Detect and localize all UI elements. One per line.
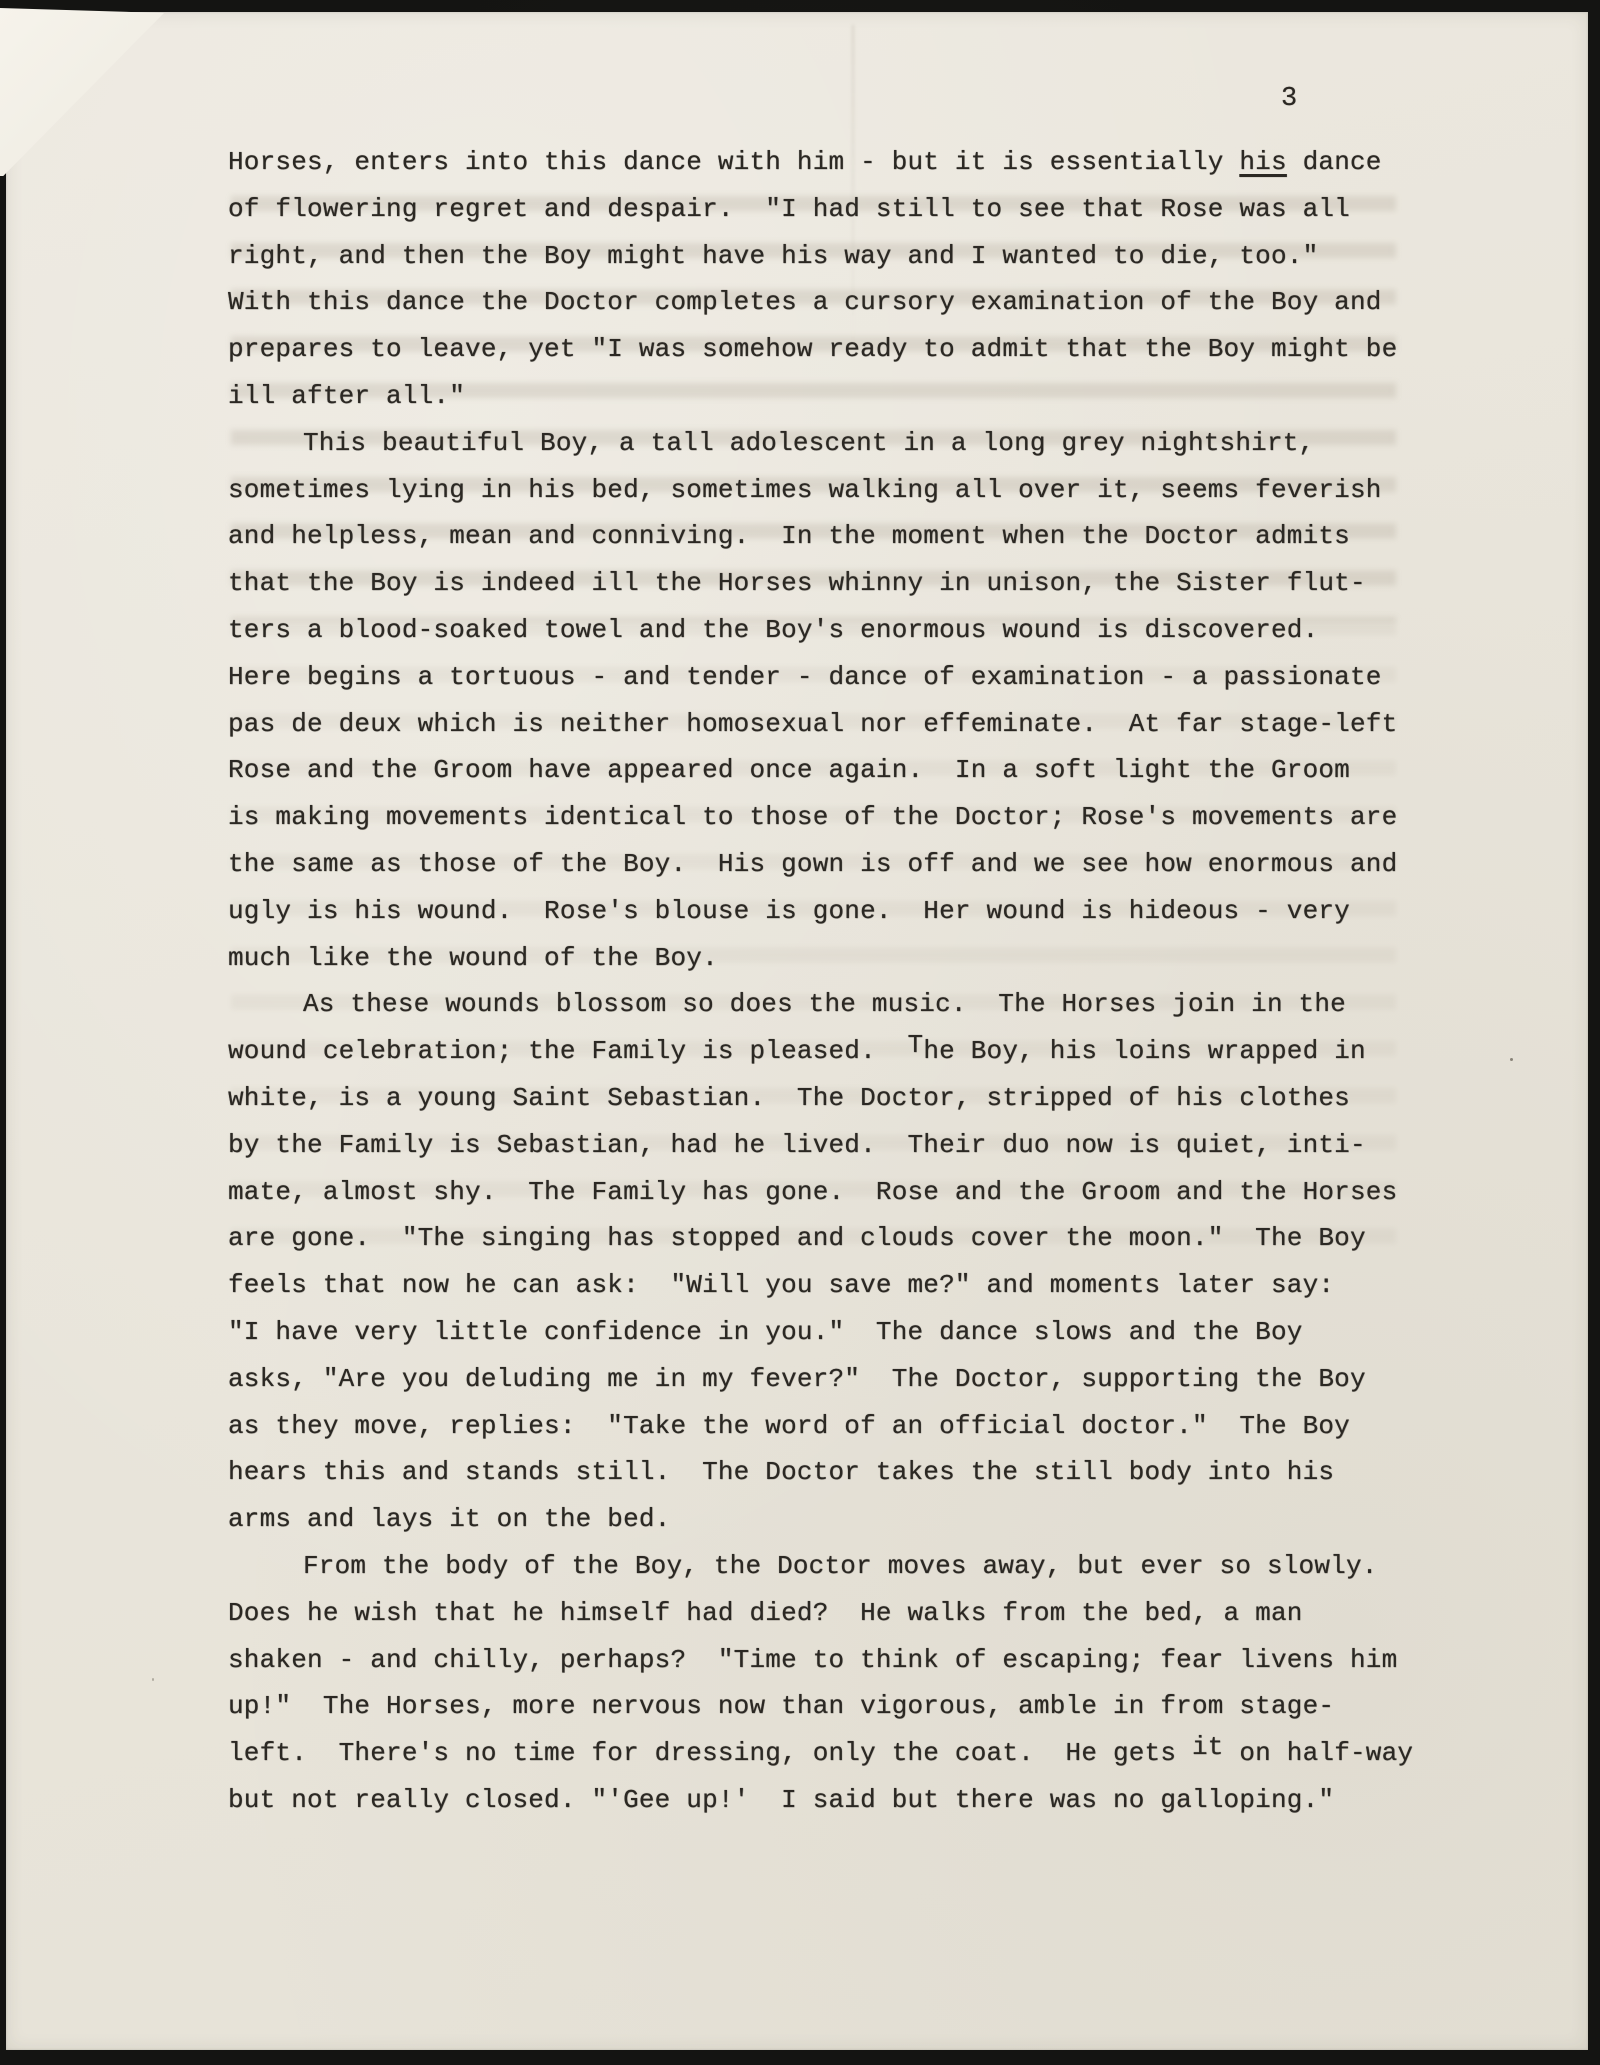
typed-line: left. There's no time for dressing, only… — [228, 1730, 1448, 1777]
ink-speck — [1510, 1058, 1513, 1061]
typed-line: ugly is his wound. Rose's blouse is gone… — [228, 888, 1448, 935]
raised-type: it — [1192, 1732, 1224, 1762]
typed-line: ill after all." — [228, 373, 1448, 420]
typed-line: and helpless, mean and conniving. In the… — [228, 513, 1448, 560]
raised-type: T — [908, 1030, 924, 1060]
typed-line: "I have very little confidence in you." … — [228, 1309, 1448, 1356]
typed-line: pas de deux which is neither homosexual … — [228, 701, 1448, 748]
typed-line: This beautiful Boy, a tall adolescent in… — [228, 420, 1448, 467]
typed-line: asks, "Are you deluding me in my fever?"… — [228, 1356, 1448, 1403]
ink-speck — [152, 1678, 154, 1681]
typed-line: by the Family is Sebastian, had he lived… — [228, 1122, 1448, 1169]
typed-line: As these wounds blossom so does the musi… — [228, 981, 1448, 1028]
typed-line: shaken - and chilly, perhaps? "Time to t… — [228, 1637, 1448, 1684]
underlined-word: his — [1239, 147, 1286, 177]
typed-line: With this dance the Doctor completes a c… — [228, 279, 1448, 326]
typed-line: are gone. "The singing has stopped and c… — [228, 1215, 1448, 1262]
typed-line: right, and then the Boy might have his w… — [228, 233, 1448, 280]
typed-text: Horses, enters into this dance with him … — [228, 139, 1448, 1824]
typed-line: that the Boy is indeed ill the Horses wh… — [228, 560, 1448, 607]
typed-line: From the body of the Boy, the Doctor mov… — [228, 1543, 1448, 1590]
typed-line: Rose and the Groom have appeared once ag… — [228, 747, 1448, 794]
page-number: 3 — [1281, 84, 1297, 114]
typed-line: wound celebration; the Family is pleased… — [228, 1028, 1448, 1075]
typed-line: ters a blood-soaked towel and the Boy's … — [228, 607, 1448, 654]
typed-line: of flowering regret and despair. "I had … — [228, 186, 1448, 233]
photo-backdrop: 3 Horses, enters into this dance with hi… — [0, 0, 1600, 2065]
typed-line: feels that now he can ask: "Will you sav… — [228, 1262, 1448, 1309]
typed-line: much like the wound of the Boy. — [228, 935, 1448, 982]
typed-line: the same as those of the Boy. His gown i… — [228, 841, 1448, 888]
typed-line: as they move, replies: "Take the word of… — [228, 1403, 1448, 1450]
typed-line: sometimes lying in his bed, sometimes wa… — [228, 467, 1448, 514]
typed-line: Does he wish that he himself had died? H… — [228, 1590, 1448, 1637]
typed-line: is making movements identical to those o… — [228, 794, 1448, 841]
typed-line: arms and lays it on the bed. — [228, 1496, 1448, 1543]
typed-line: mate, almost shy. The Family has gone. R… — [228, 1169, 1448, 1216]
typed-line: but not really closed. "'Gee up!' I said… — [228, 1777, 1448, 1824]
typed-line: hears this and stands still. The Doctor … — [228, 1449, 1448, 1496]
typed-line: prepares to leave, yet "I was somehow re… — [228, 326, 1448, 373]
typed-line: Here begins a tortuous - and tender - da… — [228, 654, 1448, 701]
typed-line: white, is a young Saint Sebastian. The D… — [228, 1075, 1448, 1122]
typed-line: Horses, enters into this dance with him … — [228, 139, 1448, 186]
typed-line: up!" The Horses, more nervous now than v… — [228, 1683, 1448, 1730]
